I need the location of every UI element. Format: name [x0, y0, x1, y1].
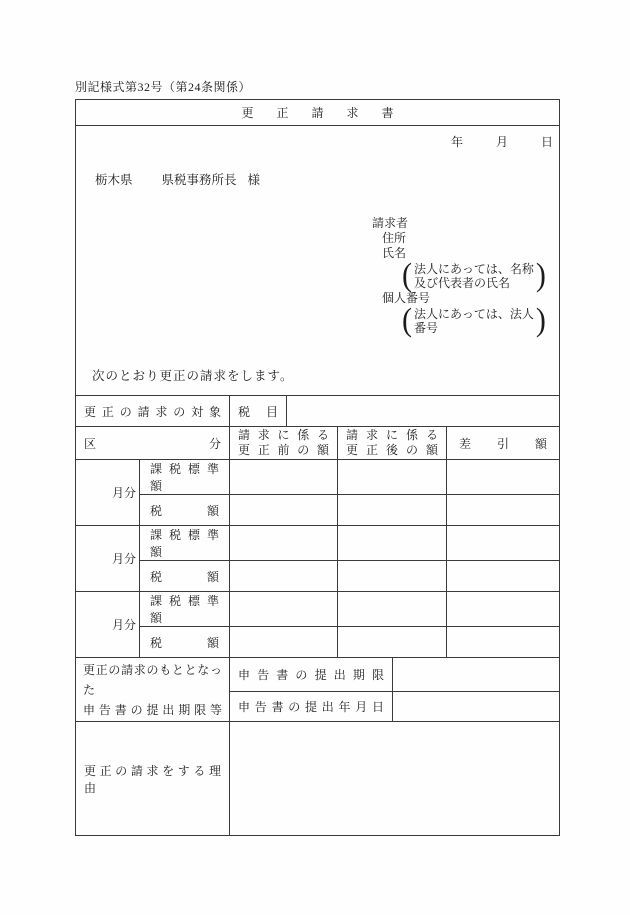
filing-date-value	[393, 692, 560, 722]
table-row: 月分 課 税 標 準 額	[76, 592, 560, 627]
open-paren: (	[402, 261, 412, 291]
table-row: 更 正 の 請 求 を す る 理 由	[76, 722, 560, 836]
addressee-prefecture: 栃木県	[95, 173, 133, 187]
open-paren: (	[402, 306, 412, 336]
difference-cell	[447, 526, 560, 561]
difference-cell	[447, 460, 560, 495]
before-amount-cell	[230, 495, 338, 526]
name-note-line1: 法人にあっては、名称	[414, 262, 534, 276]
before-amount-cell	[230, 627, 338, 658]
after-amount-cell	[338, 526, 447, 561]
month-cell: 月分	[76, 526, 140, 592]
tax-item-label: 税 目	[230, 396, 287, 427]
month-cell: 月分	[76, 592, 140, 658]
month-cell: 月分	[76, 460, 140, 526]
table-row: 月分 課 税 標 準 額	[76, 526, 560, 561]
addressee-line: 栃木県県税事務所長様	[95, 170, 260, 188]
before-amount-cell	[230, 561, 338, 592]
date-day-label: 日	[541, 133, 553, 150]
addressee-office: 県税事務所長	[162, 173, 237, 187]
form-page: 別記様式第32号（第24条関係） 更正請求書 年 月 日 栃木県県税事務所長様	[0, 0, 630, 915]
filing-deadline-value	[393, 658, 560, 692]
date-year-label: 年	[451, 133, 463, 150]
tax-base-label: 課 税 標 準 額	[140, 592, 230, 627]
requester-address-label: 住所	[382, 231, 546, 246]
difference-header: 差 引 額	[447, 427, 560, 460]
number-note-line1: 法人にあっては、法人	[414, 307, 534, 321]
before-amount-header: 請 求 に 係 る 更 正 前 の 額	[230, 427, 338, 460]
before-amount-cell	[230, 592, 338, 627]
table-row: 税 額	[76, 561, 560, 592]
close-paren: )	[536, 261, 546, 291]
requester-name-note: ( 法人にあっては、名称 及び代表者の氏名 )	[402, 261, 546, 291]
correction-subject-label: 更 正 の 請 求 の 対 象	[76, 396, 230, 427]
date-line: 年 月 日	[451, 133, 553, 150]
filing-date-label: 申 告 書 の 提 出 年 月 日	[230, 692, 393, 722]
reason-value-cell	[230, 722, 560, 836]
number-note-line2: 番号	[414, 321, 534, 335]
before-amount-cell	[230, 526, 338, 561]
reason-label: 更 正 の 請 求 を す る 理 由	[76, 722, 230, 836]
declaration-statement: 次のとおり更正の請求をします。	[92, 366, 294, 384]
table-row: 月分 課 税 標 準 額	[76, 460, 560, 495]
after-amount-cell	[338, 495, 447, 526]
difference-cell	[447, 495, 560, 526]
after-amount-cell	[338, 592, 447, 627]
date-month-label: 月	[496, 133, 508, 150]
category-header: 区 分	[76, 427, 230, 460]
after-amount-cell	[338, 627, 447, 658]
difference-cell	[447, 561, 560, 592]
name-note-line2: 及び代表者の氏名	[414, 276, 534, 290]
tax-amount-label: 税 額	[140, 627, 230, 658]
difference-cell	[447, 627, 560, 658]
deadline-section-label: 更正の請求のもととなった 申 告 書 の 提 出 期 限 等	[76, 658, 230, 722]
addressee-honorific: 様	[248, 173, 261, 187]
form-number: 別記様式第32号（第24条関係）	[75, 78, 251, 95]
table-row: 更正の請求のもととなった 申 告 書 の 提 出 期 限 等 申 告 書 の 提…	[76, 658, 560, 692]
tax-amount-label: 税 額	[140, 495, 230, 526]
tax-base-label: 課 税 標 準 額	[140, 526, 230, 561]
after-amount-header: 請 求 に 係 る 更 正 後 の 額	[338, 427, 447, 460]
table-row: 税 額	[76, 627, 560, 658]
after-amount-cell	[338, 460, 447, 495]
form-header-area: 年 月 日 栃木県県税事務所長様 請求者 住所 氏名 ( 法人にあっては、名称	[76, 126, 560, 396]
filing-deadline-label: 申 告 書 の 提 出 期 限	[230, 658, 393, 692]
after-amount-cell	[338, 561, 447, 592]
before-amount-cell	[230, 460, 338, 495]
requester-number-note: ( 法人にあっては、法人 番号 )	[402, 306, 546, 336]
difference-cell	[447, 592, 560, 627]
table-row: 税 額	[76, 495, 560, 526]
tax-item-value-cell	[287, 396, 560, 427]
form-title: 更正請求書	[76, 100, 560, 126]
close-paren: )	[536, 306, 546, 336]
tax-base-label: 課 税 標 準 額	[140, 460, 230, 495]
correction-request-form: 更正請求書 年 月 日 栃木県県税事務所長様 請求者 住所 氏名 (	[75, 99, 560, 836]
requester-block: 請求者 住所 氏名 ( 法人にあっては、名称 及び代表者の氏名 ) 個人番号 (	[372, 216, 546, 336]
requester-label: 請求者	[372, 216, 546, 231]
tax-amount-label: 税 額	[140, 561, 230, 592]
